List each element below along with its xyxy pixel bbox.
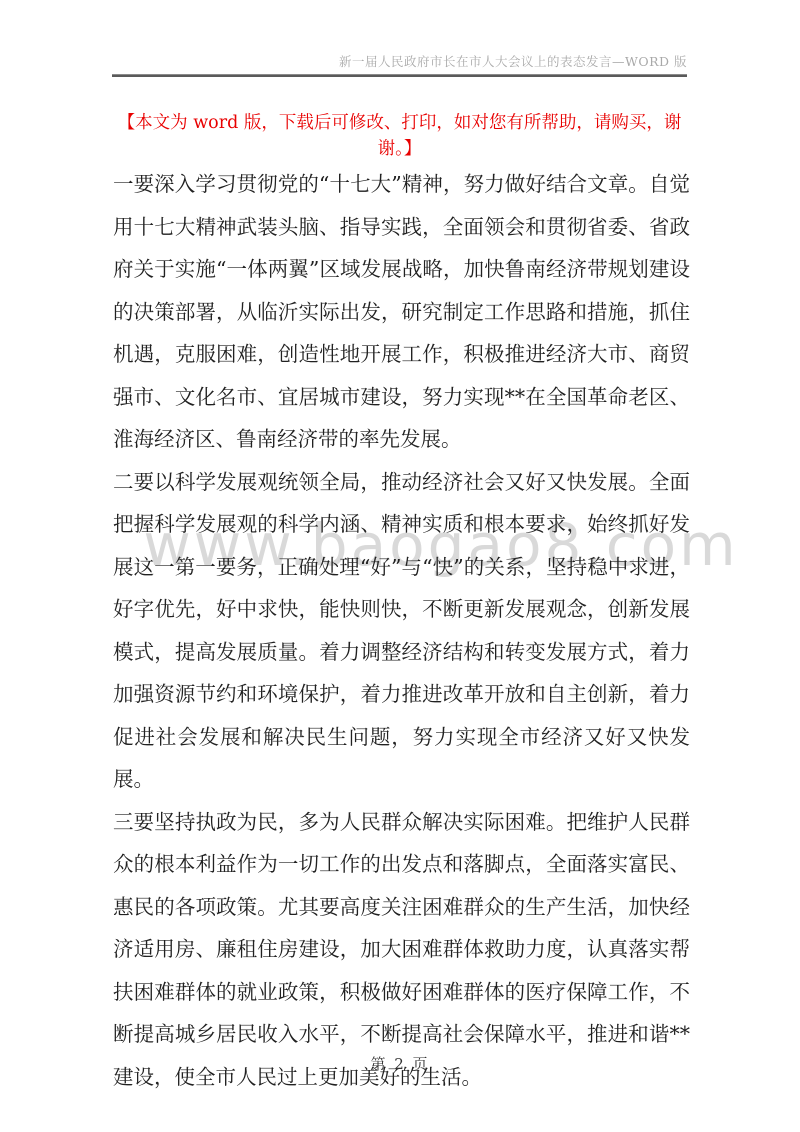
page-footer: 第 2 页 bbox=[0, 1053, 800, 1074]
purchase-notice: 【本文为 word 版，下载后可修改、打印，如对您有所帮助，请购买，谢谢。】 bbox=[112, 110, 687, 162]
document-body: 一要深入学习贯彻党的“十七大”精神，努力做好结合文章。自觉用十七大精神武装头脑、… bbox=[113, 163, 690, 1098]
paragraph-one: 一要深入学习贯彻党的“十七大”精神，努力做好结合文章。自觉用十七大精神武装头脑、… bbox=[113, 163, 690, 461]
page-number-label: 第 2 页 bbox=[370, 1055, 429, 1073]
paragraph-two: 二要以科学发展观统领全局，推动经济社会又好又快发展。全面把握科学发展观的科学内涵… bbox=[113, 461, 690, 801]
page-header-title: 新一届人民政府市长在市人大会议上的表态发言—WORD 版 bbox=[339, 52, 687, 70]
header-rule bbox=[112, 74, 687, 77]
document-page: 新一届人民政府市长在市人大会议上的表态发言—WORD 版 www.baogao8… bbox=[0, 0, 800, 1132]
